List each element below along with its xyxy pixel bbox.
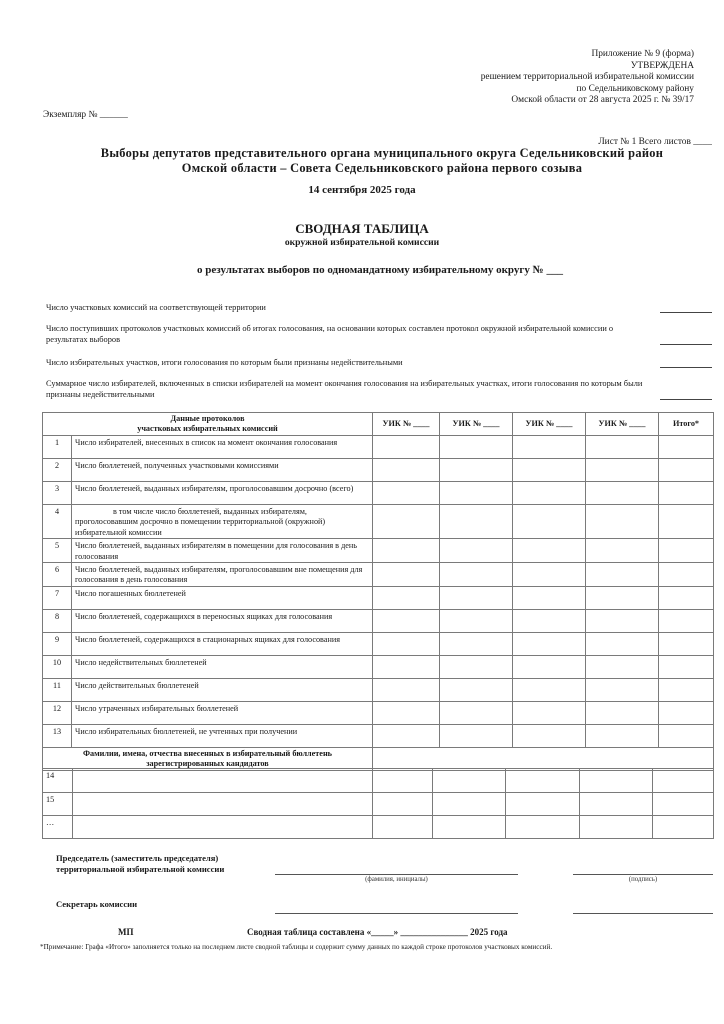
candidates-table: 1415… — [42, 768, 714, 839]
chair-label-line1: Председатель (заместитель председателя) — [56, 853, 224, 864]
value-cell[interactable] — [440, 609, 513, 632]
row-number: 9 — [43, 632, 72, 655]
header-label-line2: участковых избирательных комиссий — [46, 424, 369, 434]
approval-line: УТВЕРЖДЕНА — [481, 61, 694, 73]
chair-signature-line[interactable] — [573, 873, 713, 875]
value-cell[interactable] — [586, 505, 659, 539]
column-header-uik-4: УИК № ____ — [586, 413, 659, 436]
value-cell[interactable] — [373, 586, 440, 609]
chair-name-line[interactable] — [275, 873, 518, 875]
column-header-total: Итого* — [659, 413, 714, 436]
row-number: … — [43, 816, 73, 839]
copy-number: Экземпляр № ______ — [43, 110, 128, 120]
value-cell[interactable] — [513, 563, 586, 587]
value-cell[interactable] — [373, 609, 440, 632]
value-cell[interactable] — [586, 701, 659, 724]
row-number: 8 — [43, 609, 72, 632]
value-cell[interactable] — [586, 436, 659, 459]
row-number: 10 — [43, 655, 72, 678]
value-cell[interactable] — [659, 586, 714, 609]
table-row: 9Число бюллетеней, содержащихся в стацио… — [43, 632, 714, 655]
candidates-header-row: Фамилии, имена, отчества внесенных в изб… — [43, 747, 714, 770]
row-label: Число избирателей, внесенных в список на… — [72, 436, 373, 459]
value-cell[interactable] — [373, 724, 440, 747]
value-cell[interactable] — [586, 459, 659, 482]
document-title: СВОДНАЯ ТАБЛИЦА — [0, 221, 724, 237]
value-cell[interactable] — [373, 563, 440, 587]
value-cell[interactable] — [440, 701, 513, 724]
info-line-protocols: Число поступивших протоколов участковых … — [46, 323, 656, 345]
row-label: Число бюллетеней, содержащихся в стацион… — [72, 632, 373, 655]
value-cell[interactable] — [513, 609, 586, 632]
value-cell[interactable] — [513, 459, 586, 482]
column-header-uik-3: УИК № ____ — [513, 413, 586, 436]
row-label: Число бюллетеней, полученных участковыми… — [72, 459, 373, 482]
chair-label-line2: территориальной избирательной комиссии — [56, 864, 224, 875]
vote-cell[interactable] — [433, 769, 506, 793]
value-cell[interactable] — [586, 678, 659, 701]
info-blank-commissions[interactable] — [660, 311, 712, 313]
header-label-line1: Данные протоколов — [46, 414, 369, 424]
value-cell[interactable] — [659, 609, 714, 632]
value-cell[interactable] — [586, 586, 659, 609]
value-cell[interactable] — [659, 701, 714, 724]
vote-cell[interactable] — [373, 793, 433, 816]
row-label: Число действительных бюллетеней — [72, 678, 373, 701]
row-number: 11 — [43, 678, 72, 701]
value-cell[interactable] — [513, 482, 586, 505]
table-header-row: Данные протоколов участковых избирательн… — [43, 413, 714, 436]
value-cell[interactable] — [373, 701, 440, 724]
row-label: в том числе число бюллетеней, выданных и… — [72, 505, 373, 539]
candidates-header-line1: Фамилии, имена, отчества внесенных в изб… — [46, 749, 369, 759]
name-caption: (фамилия, инициалы) — [275, 876, 518, 883]
value-cell[interactable] — [440, 505, 513, 539]
table-row: 10Число недействительных бюллетеней — [43, 655, 714, 678]
table-row: 2Число бюллетеней, полученных участковым… — [43, 459, 714, 482]
vote-cell[interactable] — [653, 816, 714, 839]
info-blank-total-voters[interactable] — [660, 398, 712, 400]
vote-cell[interactable] — [653, 793, 714, 816]
vote-cell[interactable] — [580, 769, 653, 793]
row-label: Число недействительных бюллетеней — [72, 655, 373, 678]
secretary-name-line[interactable] — [275, 912, 518, 914]
footnote: *Примечание: Графа «Итого» заполняется т… — [40, 943, 552, 951]
value-cell[interactable] — [373, 632, 440, 655]
election-title: Выборы депутатов представительного орган… — [40, 146, 724, 176]
election-title-line2: Омской области – Совета Седельниковского… — [40, 161, 724, 176]
vote-cell[interactable] — [506, 793, 580, 816]
info-line-invalid-precincts: Число избирательных участков, итоги голо… — [46, 357, 656, 368]
candidates-header-blank — [373, 747, 714, 770]
compiled-date: Сводная таблица составлена «_____» _____… — [247, 927, 508, 937]
table-row: 6Число бюллетеней, выданных избирателям,… — [43, 563, 714, 587]
vote-cell[interactable] — [373, 816, 433, 839]
row-number: 15 — [43, 793, 73, 816]
candidate-row: … — [43, 816, 714, 839]
value-cell[interactable] — [659, 459, 714, 482]
row-number: 6 — [43, 563, 72, 587]
value-cell[interactable] — [440, 436, 513, 459]
row-number: 2 — [43, 459, 72, 482]
value-cell[interactable] — [513, 701, 586, 724]
value-cell[interactable] — [513, 539, 586, 563]
row-label: Число бюллетеней, выданных избирателям, … — [72, 563, 373, 587]
table-row: 8Число бюллетеней, содержащихся в перено… — [43, 609, 714, 632]
value-cell[interactable] — [586, 539, 659, 563]
value-cell[interactable] — [440, 724, 513, 747]
document-heading: о результатах выборов по одномандатному … — [80, 264, 680, 276]
table-row: 13Число избирательных бюллетеней, не учт… — [43, 724, 714, 747]
table-row: 1Число избирателей, внесенных в список н… — [43, 436, 714, 459]
value-cell[interactable] — [440, 586, 513, 609]
value-cell[interactable] — [659, 678, 714, 701]
candidates-header: Фамилии, имена, отчества внесенных в изб… — [43, 747, 373, 770]
value-cell[interactable] — [586, 655, 659, 678]
vote-cell[interactable] — [653, 769, 714, 793]
value-cell[interactable] — [659, 436, 714, 459]
value-cell[interactable] — [513, 655, 586, 678]
vote-cell[interactable] — [580, 793, 653, 816]
candidate-name-cell[interactable] — [73, 793, 373, 816]
candidates-header-line2: зарегистрированных кандидатов — [46, 759, 369, 769]
approval-block: Приложение № 9 (форма) УТВЕРЖДЕНА решени… — [481, 49, 694, 107]
value-cell[interactable] — [513, 632, 586, 655]
row-number: 4 — [43, 505, 72, 539]
value-cell[interactable] — [373, 539, 440, 563]
info-blank-protocols[interactable] — [660, 343, 712, 345]
value-cell[interactable] — [440, 539, 513, 563]
value-cell[interactable] — [586, 563, 659, 587]
approval-line: по Седельниковскому району — [481, 84, 694, 96]
value-cell[interactable] — [659, 632, 714, 655]
column-header-uik-1: УИК № ____ — [373, 413, 440, 436]
vote-cell[interactable] — [433, 816, 506, 839]
protocol-data-table: Данные протоколов участковых избирательн… — [42, 412, 714, 771]
value-cell[interactable] — [513, 724, 586, 747]
row-number: 7 — [43, 586, 72, 609]
value-cell[interactable] — [373, 459, 440, 482]
row-label: Число бюллетеней, выданных избирателям в… — [72, 539, 373, 563]
value-cell[interactable] — [586, 609, 659, 632]
vote-cell[interactable] — [433, 793, 506, 816]
candidate-name-cell[interactable] — [73, 816, 373, 839]
value-cell[interactable] — [513, 436, 586, 459]
row-number: 1 — [43, 436, 72, 459]
value-cell[interactable] — [586, 632, 659, 655]
signature-caption: (подпись) — [573, 876, 713, 883]
secretary-label: Секретарь комиссии — [56, 899, 137, 910]
row-number: 13 — [43, 724, 72, 747]
table-row: 7Число погашенных бюллетеней — [43, 586, 714, 609]
vote-cell[interactable] — [580, 816, 653, 839]
vote-cell[interactable] — [373, 769, 433, 793]
approval-line: Омской области от 28 августа 2025 г. № 3… — [481, 95, 694, 107]
column-header-uik-2: УИК № ____ — [440, 413, 513, 436]
value-cell[interactable] — [513, 505, 586, 539]
row-label: Число погашенных бюллетеней — [72, 586, 373, 609]
approval-line: Приложение № 9 (форма) — [481, 49, 694, 61]
approval-line: решением территориальной избирательной к… — [481, 72, 694, 84]
table-row: 12Число утраченных избирательных бюллете… — [43, 701, 714, 724]
value-cell[interactable] — [659, 539, 714, 563]
value-cell[interactable] — [513, 678, 586, 701]
value-cell[interactable] — [440, 482, 513, 505]
table-row: 5Число бюллетеней, выданных избирателям … — [43, 539, 714, 563]
value-cell[interactable] — [659, 655, 714, 678]
election-date: 14 сентября 2025 года — [0, 184, 724, 196]
table-row: 3Число бюллетеней, выданных избирателям,… — [43, 482, 714, 505]
row-label: Число утраченных избирательных бюллетене… — [72, 701, 373, 724]
vote-cell[interactable] — [506, 769, 580, 793]
candidate-name-cell[interactable] — [73, 769, 373, 793]
table-row: 4в том числе число бюллетеней, выданных … — [43, 505, 714, 539]
value-cell[interactable] — [440, 655, 513, 678]
value-cell[interactable] — [513, 586, 586, 609]
document-subtitle: окружной избирательной комиссии — [0, 237, 724, 248]
chair-label: Председатель (заместитель председателя) … — [56, 853, 224, 875]
table-header-label: Данные протоколов участковых избирательн… — [43, 413, 373, 436]
table-row: 11Число действительных бюллетеней — [43, 678, 714, 701]
value-cell[interactable] — [373, 482, 440, 505]
value-cell[interactable] — [373, 678, 440, 701]
row-number: 12 — [43, 701, 72, 724]
value-cell[interactable] — [373, 436, 440, 459]
value-cell[interactable] — [440, 678, 513, 701]
candidate-row: 14 — [43, 769, 714, 793]
value-cell[interactable] — [440, 563, 513, 587]
row-number: 3 — [43, 482, 72, 505]
value-cell[interactable] — [440, 632, 513, 655]
row-label: Число бюллетеней, выданных избирателям, … — [72, 482, 373, 505]
value-cell[interactable] — [586, 482, 659, 505]
row-label: Число избирательных бюллетеней, не учтен… — [72, 724, 373, 747]
value-cell[interactable] — [659, 505, 714, 539]
stamp-placeholder: МП — [118, 927, 134, 937]
value-cell[interactable] — [659, 563, 714, 587]
value-cell[interactable] — [373, 505, 440, 539]
info-blank-invalid-precincts[interactable] — [660, 366, 712, 368]
candidate-row: 15 — [43, 793, 714, 816]
election-title-line1: Выборы депутатов представительного орган… — [40, 146, 724, 161]
row-number: 5 — [43, 539, 72, 563]
info-line-total-voters: Суммарное число избирателей, включенных … — [46, 378, 656, 400]
secretary-signature-line[interactable] — [573, 912, 713, 914]
value-cell[interactable] — [586, 724, 659, 747]
row-number: 14 — [43, 769, 73, 793]
value-cell[interactable] — [373, 655, 440, 678]
info-line-commissions: Число участковых комиссий на соответству… — [46, 302, 656, 313]
value-cell[interactable] — [659, 482, 714, 505]
row-label: Число бюллетеней, содержащихся в перенос… — [72, 609, 373, 632]
vote-cell[interactable] — [506, 816, 580, 839]
value-cell[interactable] — [659, 724, 714, 747]
value-cell[interactable] — [440, 459, 513, 482]
